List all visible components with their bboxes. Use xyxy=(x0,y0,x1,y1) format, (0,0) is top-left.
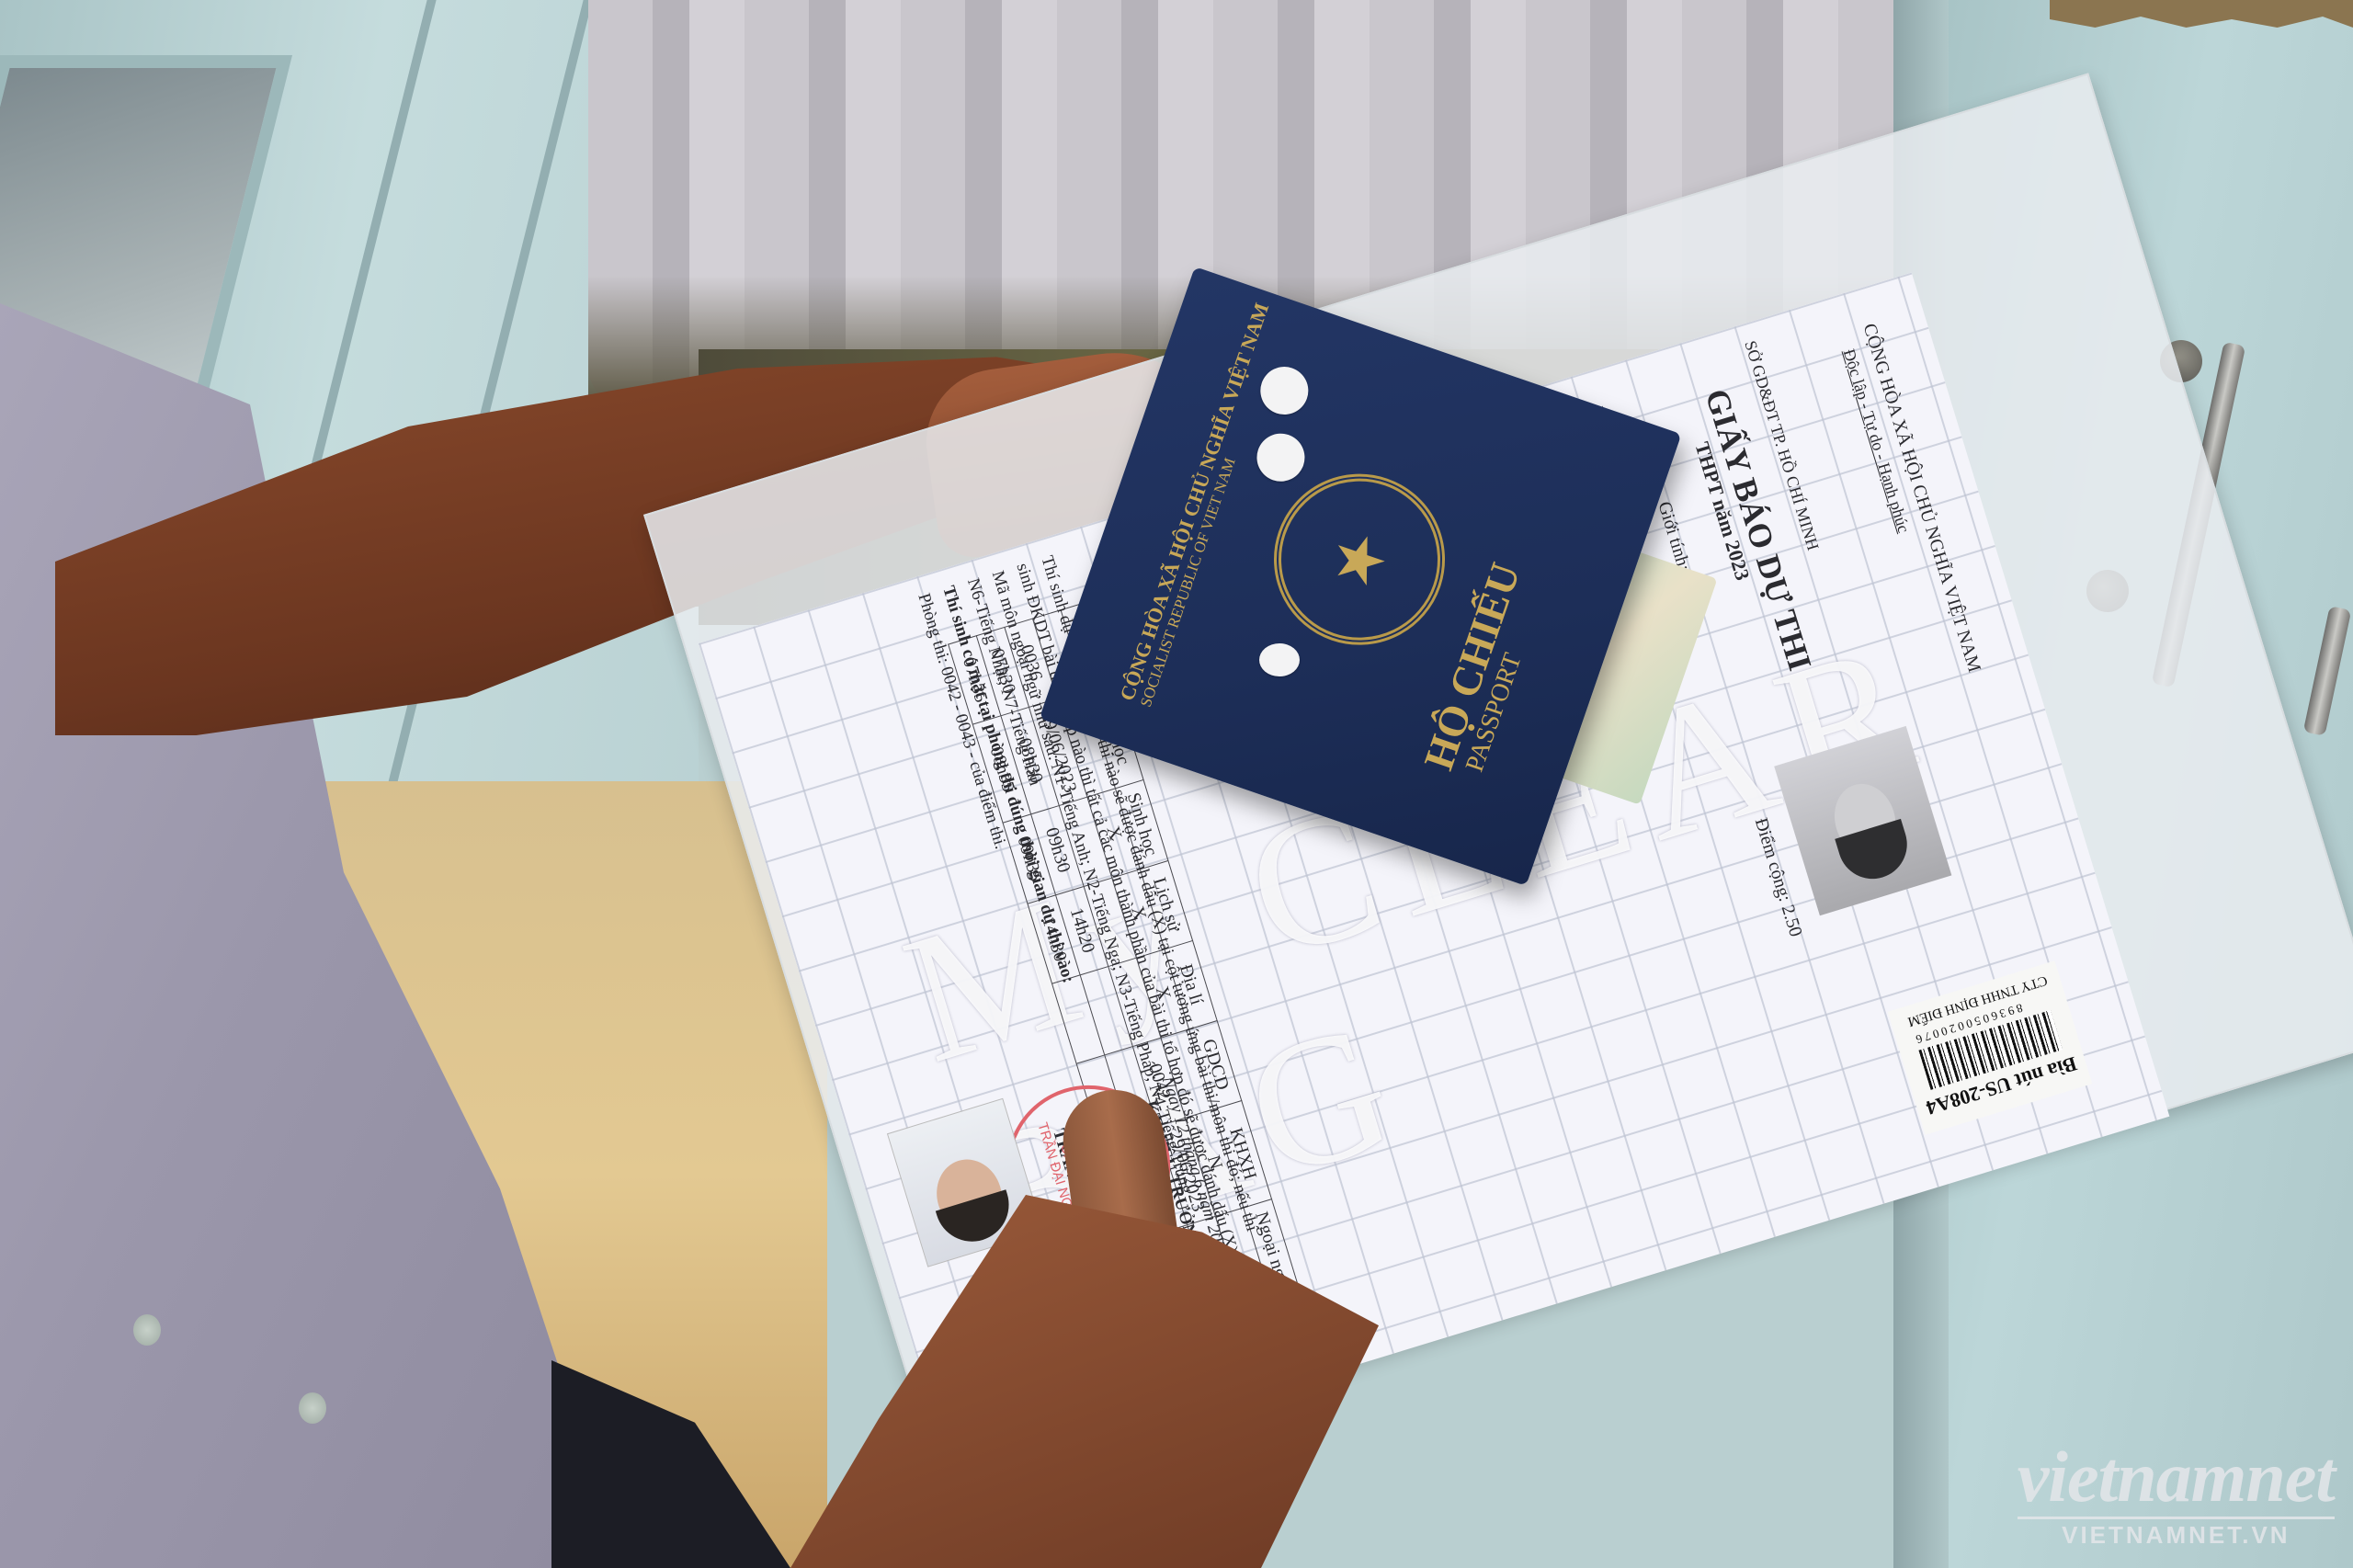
door-handle xyxy=(2303,606,2352,736)
shirt-button xyxy=(133,1314,161,1346)
shirt-button xyxy=(299,1392,326,1424)
national-emblem-icon: ★ xyxy=(1251,450,1468,667)
watermark-url: VIETNAMNET.VN xyxy=(2018,1517,2335,1550)
watermark-brand: vietnamnet xyxy=(2018,1441,2335,1513)
sticker-dot xyxy=(1250,427,1311,488)
sticker-dot xyxy=(1254,360,1314,421)
star-icon: ★ xyxy=(1320,514,1399,605)
sticker-dot xyxy=(1259,643,1300,676)
vietnamnet-watermark: vietnamnet VIETNAMNET.VN xyxy=(2018,1441,2335,1550)
